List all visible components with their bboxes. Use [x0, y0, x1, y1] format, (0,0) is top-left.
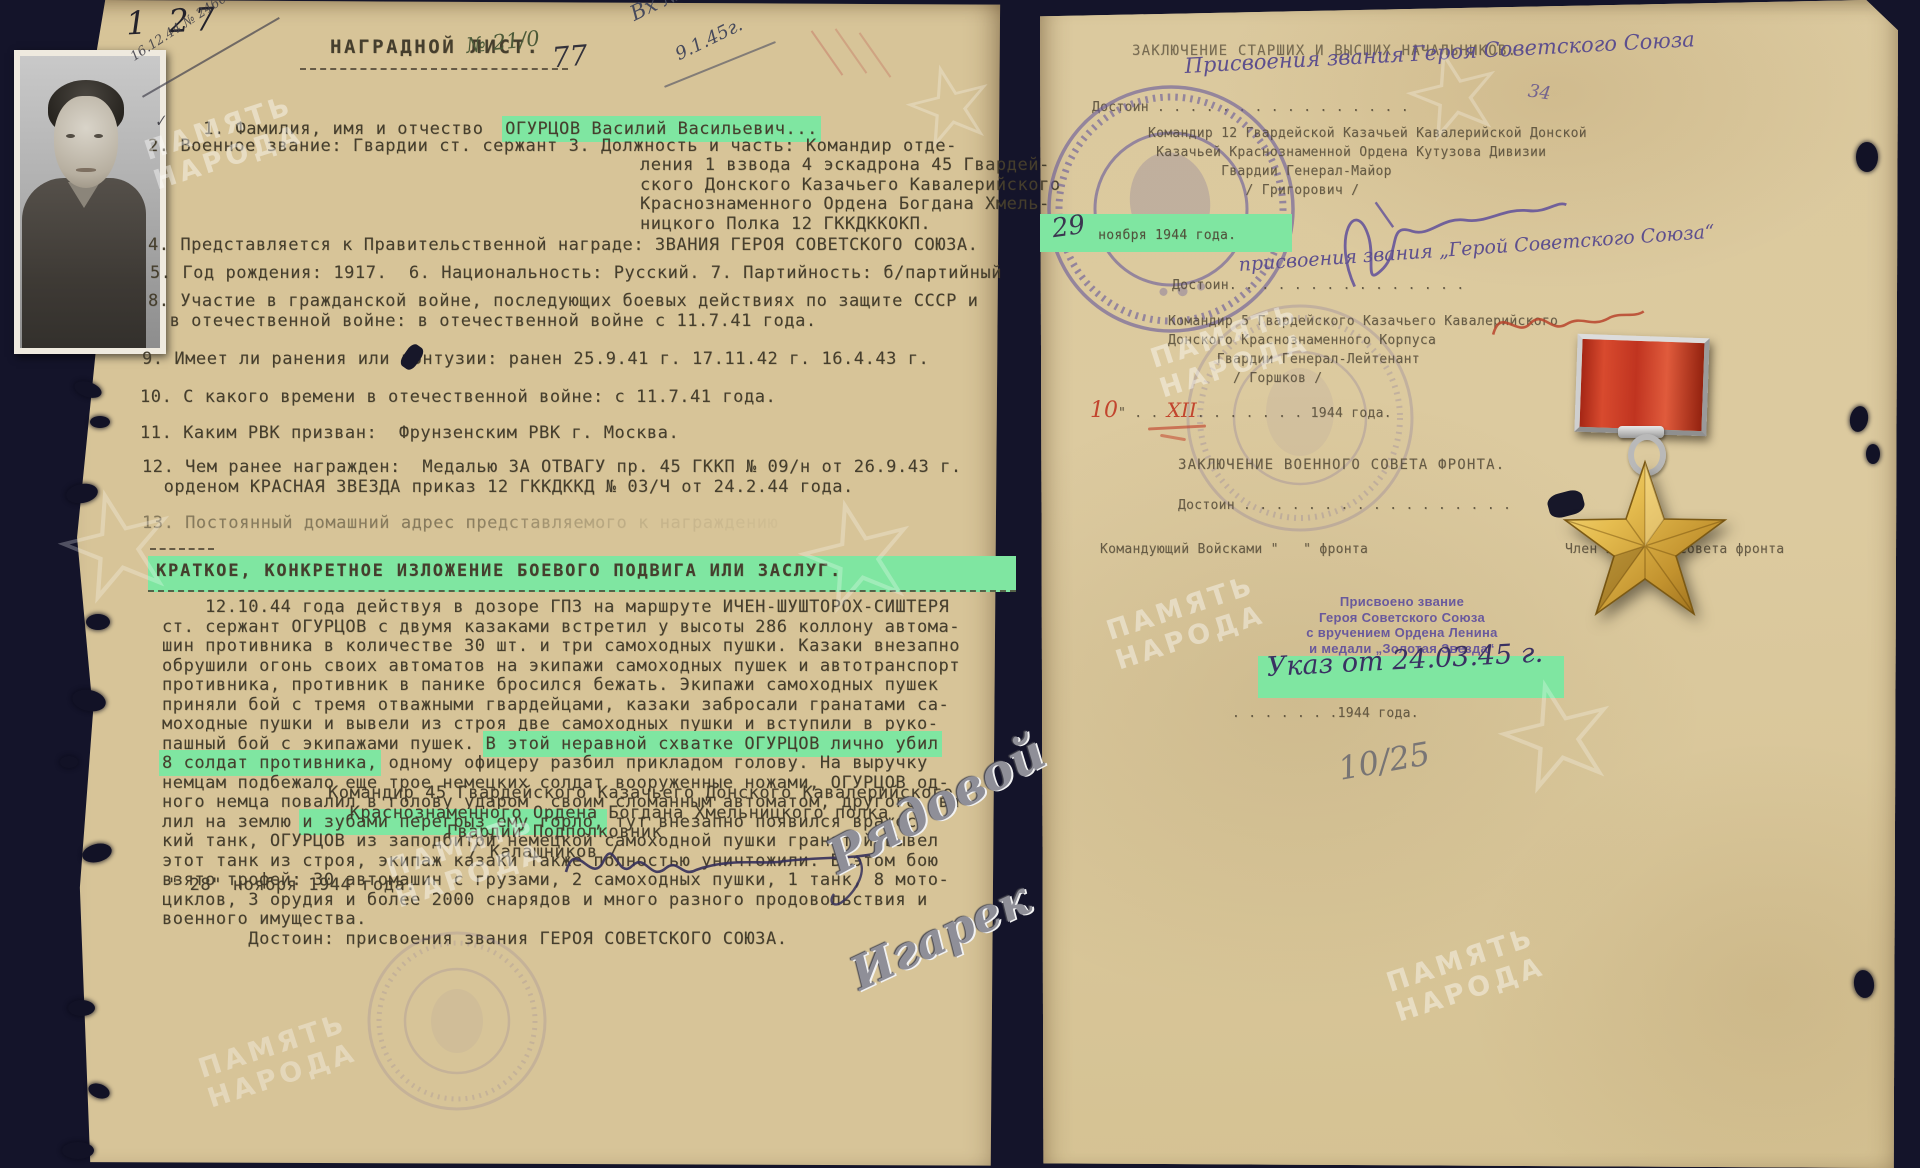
- front-council-header: ЗАКЛЮЧЕНИЕ ВОЕННОГО СОВЕТА ФРОНТА.: [1178, 456, 1505, 475]
- punch-hole: [68, 1000, 95, 1016]
- medal-ribbon: [1574, 334, 1709, 437]
- division-date-day: 29: [1050, 210, 1087, 244]
- punch-hole: [60, 756, 78, 768]
- field-wounds: 9. Имеет ли ранения или контузии: ранен …: [142, 350, 929, 370]
- punch-hole: [1856, 142, 1878, 172]
- corps-date-tail: . . . . . . . 1944 года.: [1197, 406, 1392, 421]
- dostoin-dotted-line-2: Достоин. . . . . . . . . . . . . . .: [1172, 276, 1465, 295]
- separator-dashes: [150, 548, 214, 550]
- field-war-participation: 8. Участие в гражданской войне, последую…: [148, 292, 978, 331]
- photo-eye: [94, 134, 103, 138]
- combat-feat-description: 12.10.44 года действуя в дозоре ГПЗ на м…: [162, 598, 971, 949]
- field-drafted-by: 11. Каким РВК призван: Фрунзенским РВК г…: [140, 424, 679, 444]
- field-since-when: 10. С какого времени в отечественной вой…: [140, 388, 776, 408]
- front-commander-line: Командующий Войсками " " фронта: [1100, 540, 1368, 559]
- photo-eye: [66, 134, 75, 138]
- gold-star-medal: [1550, 330, 1760, 630]
- punch-hole: [86, 614, 110, 630]
- field-award-proposed: 4. Представляется к Правительственной на…: [148, 236, 978, 256]
- photo-face: [54, 96, 118, 188]
- field-birth-nationality-party: 5. Год рождения: 1917. 6. Национальность…: [150, 264, 1002, 284]
- field-rank: 2. Военное звание: Гвардии ст. сержант 3…: [148, 137, 957, 157]
- field-unit-continuation: ления 1 взвода 4 эскадрона 45 Гвардей-ск…: [640, 156, 1061, 234]
- dostoin-dotted-line: Достоин . . . . . . . . . . . . . . . .: [1092, 98, 1409, 117]
- field-home-address: 13. Постоянный домашний адрес представля…: [142, 514, 778, 534]
- sheet-number: 77: [551, 39, 589, 75]
- medal-gold-star: [1550, 458, 1740, 628]
- punch-hole: [62, 1142, 94, 1159]
- year-dotted-line: . . . . . . .1944 года.: [1232, 704, 1419, 723]
- photo-mouth: [76, 168, 96, 172]
- document-date: " 28" ноября 1944 года.: [168, 876, 416, 896]
- title-underline: [300, 68, 568, 70]
- separator-dashes: [148, 590, 1016, 592]
- field-previous-awards: 12. Чем ранее награжден: Медалью ЗА ОТВА…: [142, 458, 962, 497]
- corner-mark: 34: [1527, 81, 1553, 105]
- corps-date-line: 10" . . ХII. . . . . . . 1944 года.: [1090, 398, 1392, 423]
- corps-date-day: 10: [1090, 398, 1118, 423]
- division-date-text: ноября 1944 года.: [1090, 226, 1236, 245]
- punch-hole: [90, 416, 110, 428]
- punch-hole: [1866, 444, 1880, 464]
- corps-date-quote: " . .: [1118, 406, 1167, 421]
- corps-date-month: ХII: [1167, 398, 1197, 422]
- front-dostoin-line: Достоин . . . . . . . . . . . . . . . . …: [1178, 496, 1511, 515]
- archival-document-scan: 1 27 16.12.44 № 2460 ✓ НАГРАДНОЙ ЛИСТ. №…: [0, 0, 1920, 1168]
- corps-commander-block: Командир 5 Гвардейского Казачьего Кавале…: [1168, 312, 1558, 388]
- division-commander-block: Командир 12 Гвардейской Казачьей Кавалер…: [1148, 124, 1587, 200]
- feat-section-header: КРАТКОЕ, КОНКРЕТНОЕ ИЗЛОЖЕНИЕ БОЕВОГО ПО…: [156, 562, 842, 582]
